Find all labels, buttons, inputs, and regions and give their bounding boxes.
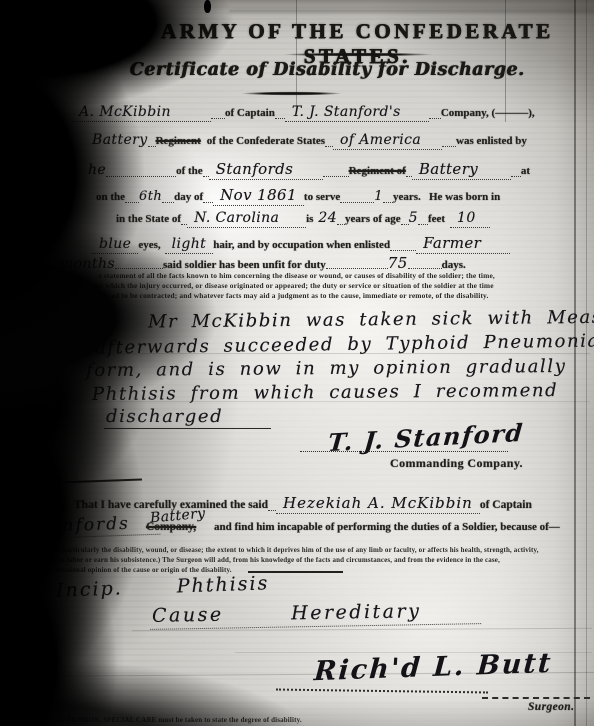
top-streak (230, 10, 594, 12)
dotted-leader (148, 146, 156, 147)
dotted-leader (418, 224, 428, 225)
dotted-leader (383, 202, 393, 203)
form-line-date: on the 6th day of Nov 1861 to serve 1 ye… (96, 186, 500, 206)
regiment-of-label-struck: Regiment of (349, 165, 406, 177)
statement-line-3: form, and is now in my opinion gradually (86, 356, 567, 381)
form-line-unit: he of the Stanfords Regiment of Battery … (88, 160, 530, 180)
at-label: at (521, 165, 530, 177)
dotted-leader (125, 202, 139, 203)
hair-color-field: light (165, 236, 214, 254)
dotted-leader (268, 510, 276, 511)
regiment-label-struck: Regiment (156, 135, 201, 147)
dotted-leader (275, 118, 285, 119)
examined-soldier-name-field: Hezekiah A. McKibbin (276, 494, 480, 514)
captain-instructions-line-1: a statement of all the facts known to hi… (98, 271, 495, 280)
feet-label: feet (428, 213, 445, 225)
inches-field: 10 (450, 210, 490, 228)
statement-line-5: discharged (104, 406, 271, 429)
diagnosis-line: Incip. Phthisis (56, 572, 270, 601)
of-america-field: of America (333, 132, 442, 150)
dotted-leader (203, 202, 213, 203)
eyes-label: eyes, (138, 239, 160, 251)
years-of-age-label: years of age (345, 213, 401, 225)
state-field: N. Carolina (187, 210, 306, 228)
battery-field-2: Battery (412, 160, 511, 180)
subtitle-divider (224, 91, 359, 96)
document-subtitle: Certificate of Disability for Discharge. (90, 60, 564, 80)
pension-note: for PENSION, SPECIAL CARE must be taken … (56, 716, 302, 725)
signature-dashed-line (276, 689, 488, 694)
statement-line-2: afterwards succeeded by Typhoid Pneumoni… (95, 330, 594, 358)
right-margin-line (574, 0, 576, 726)
dotted-leader (337, 224, 345, 225)
surgeon-signature: Rich'd L. Butt (313, 648, 554, 687)
form-line-birth: in the State of N. Carolina is 24 years … (116, 210, 490, 228)
captain-instructions-line-2: under which the injury occurred, or dise… (84, 281, 494, 290)
company-label: Company, (———), (441, 107, 535, 119)
form-line-regiment: Battery Regiment of the Confederate Stat… (92, 132, 527, 150)
feet-field: 5 (409, 210, 418, 226)
in-state-of-label: in the State of (116, 213, 181, 225)
hair-occupation-label: hair, and by occupation when enlisted (213, 239, 390, 251)
surgeon-line-examined: That I have carefully examined the said … (74, 494, 532, 514)
stanfords-field-2: Stanfords (26, 513, 161, 540)
form-line-description: blue eyes, light hair, and by occupation… (92, 234, 510, 254)
dotted-leader (442, 146, 456, 147)
dotted-leader (429, 118, 441, 119)
years-born-label: years. He was born in (393, 191, 500, 203)
soldier-name-field: A. McKibbin (72, 104, 211, 122)
stray-line (0, 479, 142, 486)
to-serve-label: to serve (304, 191, 340, 203)
company-label-struck: Company, (146, 521, 196, 533)
unfit-duty-label: said soldier has been unfit for duty (163, 259, 326, 271)
dotted-leader (408, 268, 442, 269)
on-the-label: on the (96, 191, 125, 203)
signature-dashed-line-2 (482, 697, 590, 699)
dotted-leader (162, 202, 174, 203)
stanfords-field: Stanfords (209, 160, 323, 180)
eye-color-field: blue (92, 236, 138, 254)
statement-line-4: Phthisis from which causes I recommend (92, 380, 558, 405)
dotted-leader (340, 202, 374, 203)
days-label: days. (442, 259, 466, 271)
date-field: Nov 1861 (213, 186, 304, 206)
is-label: is (306, 213, 313, 225)
months-field: months (60, 256, 115, 272)
statement-line-1: Mr McKibbin was taken sick with Measles (148, 306, 594, 332)
of-captain-label-2: of Captain (480, 499, 532, 511)
surgeon-instructions-line-2: or capacity to labor or earn his subsist… (22, 556, 500, 565)
surgeon-instructions-line-1: describe particularly the disability, wo… (34, 546, 539, 555)
captain-instructions-line-3: or supposed to be contracted; and whatev… (80, 291, 489, 300)
form-line-soldier: A. McKibbin of Captain T. J. Stanford's … (72, 104, 535, 122)
dotted-leader (115, 268, 163, 269)
dotted-leader (325, 146, 333, 147)
surgeon-role-label: Surgeon. (528, 701, 574, 713)
title-divider (258, 52, 458, 57)
dotted-leader (106, 176, 176, 177)
age-field: 24 (318, 210, 337, 226)
unfit-days-field: 75 (388, 254, 408, 272)
enlisted-by-label: was enlisted by (456, 135, 527, 147)
occupation-field: Farmer (416, 234, 510, 254)
right-edge-line (586, 0, 587, 726)
of-the-label: of the (176, 165, 203, 177)
dotted-leader (401, 224, 409, 225)
dotted-leader (326, 268, 388, 269)
dotted-leader (511, 176, 521, 177)
commanding-company-label: Commanding Company. (390, 456, 523, 471)
serve-years-field: 1 (374, 189, 383, 204)
certificate-of-disability-document: ARMY OF THE CONFEDERATE STATES. Certific… (0, 0, 594, 726)
day-field: 6th (139, 189, 162, 204)
incapable-label: and find him incapable of performing the… (214, 521, 560, 533)
cause-line: Cause Hereditary (150, 599, 482, 630)
confederate-states-label: of the Confederate States (207, 135, 325, 147)
dotted-leader (390, 250, 416, 251)
battery-field: Battery (92, 132, 148, 148)
dotted-leader (211, 118, 225, 119)
captain-name-field: T. J. Stanford's (285, 104, 429, 122)
of-captain-label: of Captain (225, 107, 275, 119)
dotted-leader (323, 176, 349, 177)
form-line-unfit: months said soldier has been unfit for d… (60, 254, 466, 272)
day-of-label: day of (174, 191, 203, 203)
he-field: he (88, 162, 106, 178)
ink-blot (204, 0, 211, 13)
